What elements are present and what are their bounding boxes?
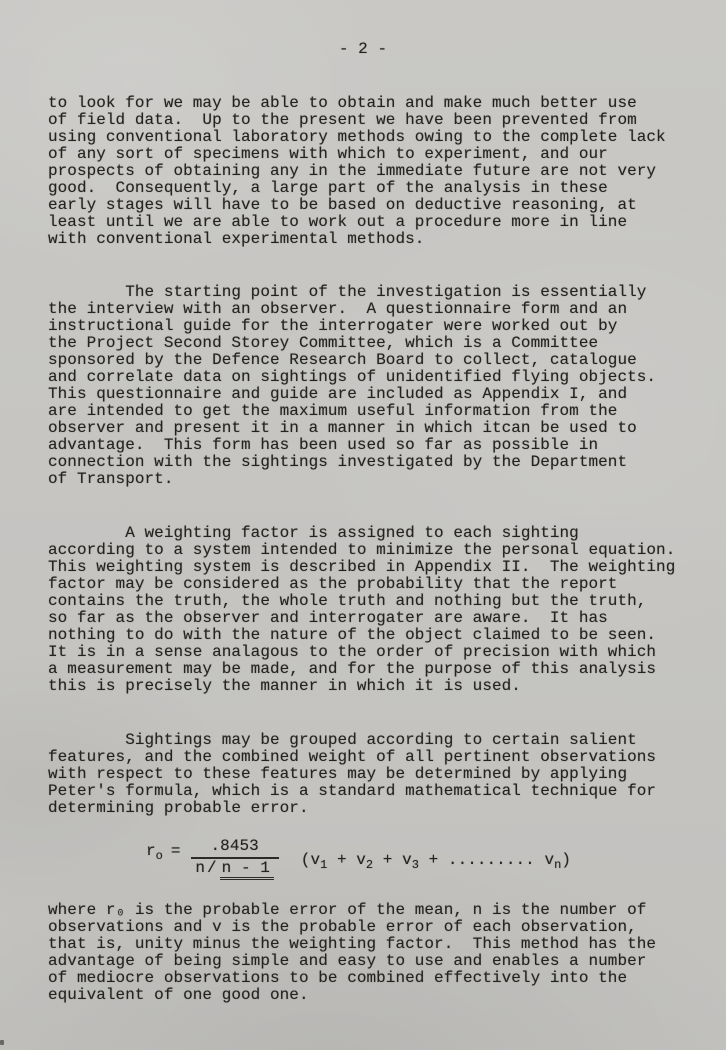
paragraph-starting-point: The starting point of the investigation … <box>48 284 713 488</box>
page-number: - 2 - <box>0 41 726 58</box>
formula-numerator: .8453 <box>191 838 279 859</box>
paragraph-formula-explanation: where r₀ is the probable error of the me… <box>48 902 713 1004</box>
paragraph-field-data: to look for we may be able to obtain and… <box>48 95 713 248</box>
formula-denominator: n / n - 1 <box>195 860 274 880</box>
paragraph-sightings-grouped: Sightings may be grouped according to ce… <box>48 732 713 817</box>
peters-formula: ro = .8453 n / n - 1 (v1 + v2 + v3 + ...… <box>146 838 571 880</box>
paragraph-weighting-factor: A weighting factor is assigned to each s… <box>48 525 713 695</box>
scanned-document-page: - 2 - to look for we may be able to obta… <box>0 0 726 1050</box>
formula-lhs: ro <box>146 843 163 860</box>
radical-sign: / <box>207 860 217 877</box>
scan-speck <box>0 1040 4 1045</box>
formula-fraction: .8453 n / n - 1 <box>191 838 279 880</box>
formula-series: (v1 + v2 + v3 + ......... vn) <box>301 852 571 869</box>
formula-equals: = <box>171 843 181 860</box>
